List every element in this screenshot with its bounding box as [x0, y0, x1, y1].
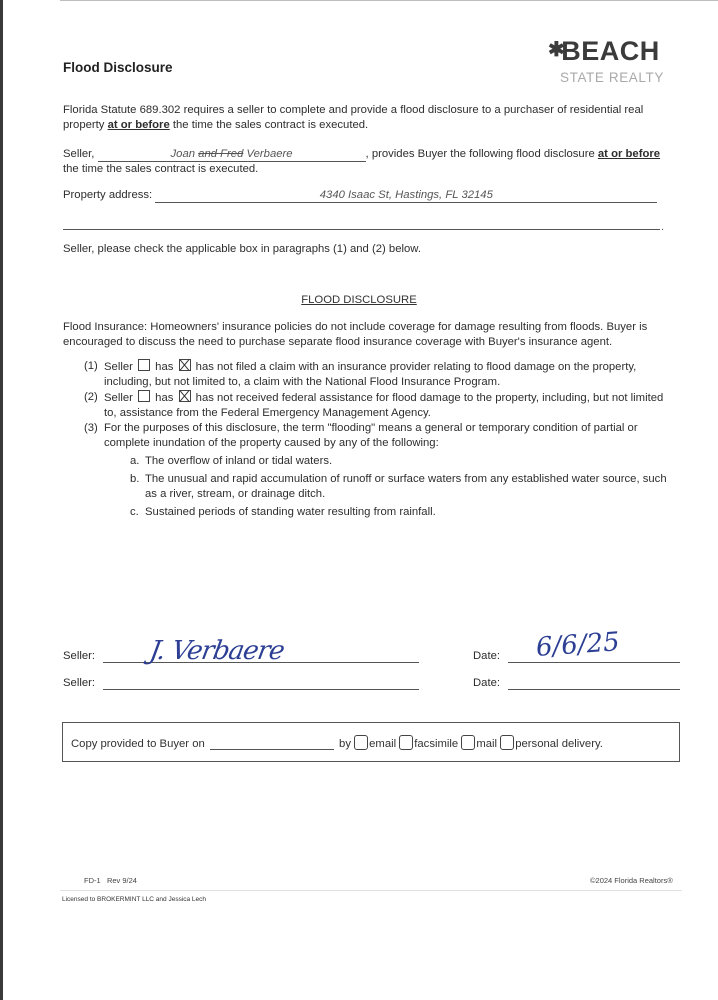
section-title: FLOOD DISCLOSURE — [0, 294, 718, 306]
personal-delivery-checkbox[interactable] — [500, 735, 514, 750]
date-field-1[interactable] — [508, 662, 680, 663]
has-not-checkbox-1[interactable] — [179, 359, 191, 371]
property-address-field[interactable]: 4340 Isaac St, Hastings, FL 32145 — [155, 189, 657, 203]
insurance-note: Flood Insurance: Homeowners' insurance p… — [63, 320, 673, 350]
definition-letter: c. — [130, 505, 139, 520]
seller-clause-text: , provides Buyer the following flood dis… — [366, 148, 598, 160]
flooding-definitions: a. The overflow of inland or tidal water… — [130, 454, 674, 520]
disclosure-list: (1) Seller has has not filed a claim wit… — [84, 359, 674, 523]
definition-a: a. The overflow of inland or tidal water… — [130, 454, 674, 469]
date-label: Date: — [473, 650, 500, 662]
disclosure-item-2: (2) Seller has has not received federal … — [84, 390, 674, 421]
item-seller-label: Seller — [104, 392, 133, 404]
date-field-2[interactable] — [508, 689, 680, 690]
personal-delivery-label: personal delivery. — [515, 738, 603, 750]
address-period: . — [661, 221, 664, 233]
license-text: Licensed to BROKERMINT LLC and Jessica L… — [62, 896, 206, 903]
document-title: Flood Disclosure — [63, 60, 173, 75]
has-checkbox-2[interactable] — [138, 390, 150, 402]
definition-c: c. Sustained periods of standing water r… — [130, 505, 674, 520]
statute-paragraph: Florida Statute 689.302 requires a selle… — [63, 103, 673, 133]
definition-letter: b. — [130, 472, 139, 487]
disclosure-item-1: (1) Seller has has not filed a claim wit… — [84, 359, 674, 390]
seller-label: Seller: — [63, 650, 95, 662]
definition-text: The overflow of inland or tidal waters. — [145, 455, 332, 467]
item-number: (1) — [84, 359, 98, 374]
email-label: email — [369, 738, 396, 750]
mail-checkbox[interactable] — [461, 735, 475, 750]
seller-name-struck: and Fred — [198, 148, 243, 160]
has-checkbox-1[interactable] — [138, 359, 150, 371]
seller-name-field[interactable]: Joan and Fred Verbaere — [98, 148, 366, 162]
scan-edge-left — [0, 0, 3, 1000]
seller-label: Seller: — [63, 677, 95, 689]
seller-clause-label: Seller, — [63, 148, 94, 160]
logo-line1: BEACH — [561, 36, 660, 66]
item-number: (3) — [84, 421, 98, 436]
seller-signature-handwritten: J. Verbaere — [147, 636, 286, 666]
property-address-row: Property address: 4340 Isaac St, Hasting… — [63, 188, 673, 203]
item-seller-label: Seller — [104, 361, 133, 373]
definition-b: b. The unusual and rapid accumulation of… — [130, 472, 674, 502]
footer-divider — [60, 890, 682, 891]
instruction-text: Seller, please check the applicable box … — [63, 242, 421, 257]
seller-clause-end: the time the sales contract is executed. — [63, 163, 258, 175]
copy-date-field[interactable] — [210, 738, 334, 750]
seller-clause: Seller, Joan and Fred Verbaere, provides… — [63, 147, 673, 177]
mail-label: mail — [476, 738, 497, 750]
palm-tree-icon: ✱ — [548, 39, 565, 61]
company-logo: ✱BEACH STATE REALTY — [548, 36, 678, 92]
form-id: FD-1 Rev 9/24 — [84, 876, 137, 885]
scan-edge-top — [60, 0, 718, 1]
facsimile-label: facsimile — [414, 738, 458, 750]
intro-emphasis: at or before — [108, 119, 170, 131]
copyright: ©2024 Florida Realtors® — [590, 876, 673, 885]
property-address-label: Property address: — [63, 189, 152, 201]
date-handwritten: 6/6/25 — [535, 627, 621, 663]
form-code: FD-1 — [84, 876, 101, 885]
email-checkbox[interactable] — [354, 735, 368, 750]
date-label: Date: — [473, 677, 500, 689]
property-address-field-line2[interactable] — [63, 228, 660, 230]
intro-text-end: the time the sales contract is executed. — [170, 119, 368, 131]
by-label: by — [339, 738, 351, 750]
seller-signature-field-2[interactable] — [103, 689, 419, 690]
seller-name-last: Verbaere — [247, 148, 293, 160]
has-not-checkbox-2[interactable] — [179, 390, 191, 402]
definition-letter: a. — [130, 454, 139, 469]
seller-clause-emphasis: at or before — [598, 148, 660, 160]
disclosure-item-3: (3) For the purposes of this disclosure,… — [84, 421, 674, 520]
copy-provided-label: Copy provided to Buyer on — [71, 738, 205, 750]
has-label-2: has — [155, 392, 173, 404]
item-text-3: For the purposes of this disclosure, the… — [104, 422, 638, 449]
definition-text: The unusual and rapid accumulation of ru… — [145, 473, 667, 500]
has-label-1: has — [155, 361, 173, 373]
definition-text: Sustained periods of standing water resu… — [145, 506, 436, 518]
facsimile-checkbox[interactable] — [399, 735, 413, 750]
seller-name-first: Joan — [171, 148, 196, 160]
form-revision: Rev 9/24 — [107, 876, 137, 885]
item-number: (2) — [84, 390, 98, 405]
logo-line2: STATE REALTY — [560, 70, 664, 85]
copy-provided-box: Copy provided to Buyer on by email facsi… — [62, 722, 680, 762]
